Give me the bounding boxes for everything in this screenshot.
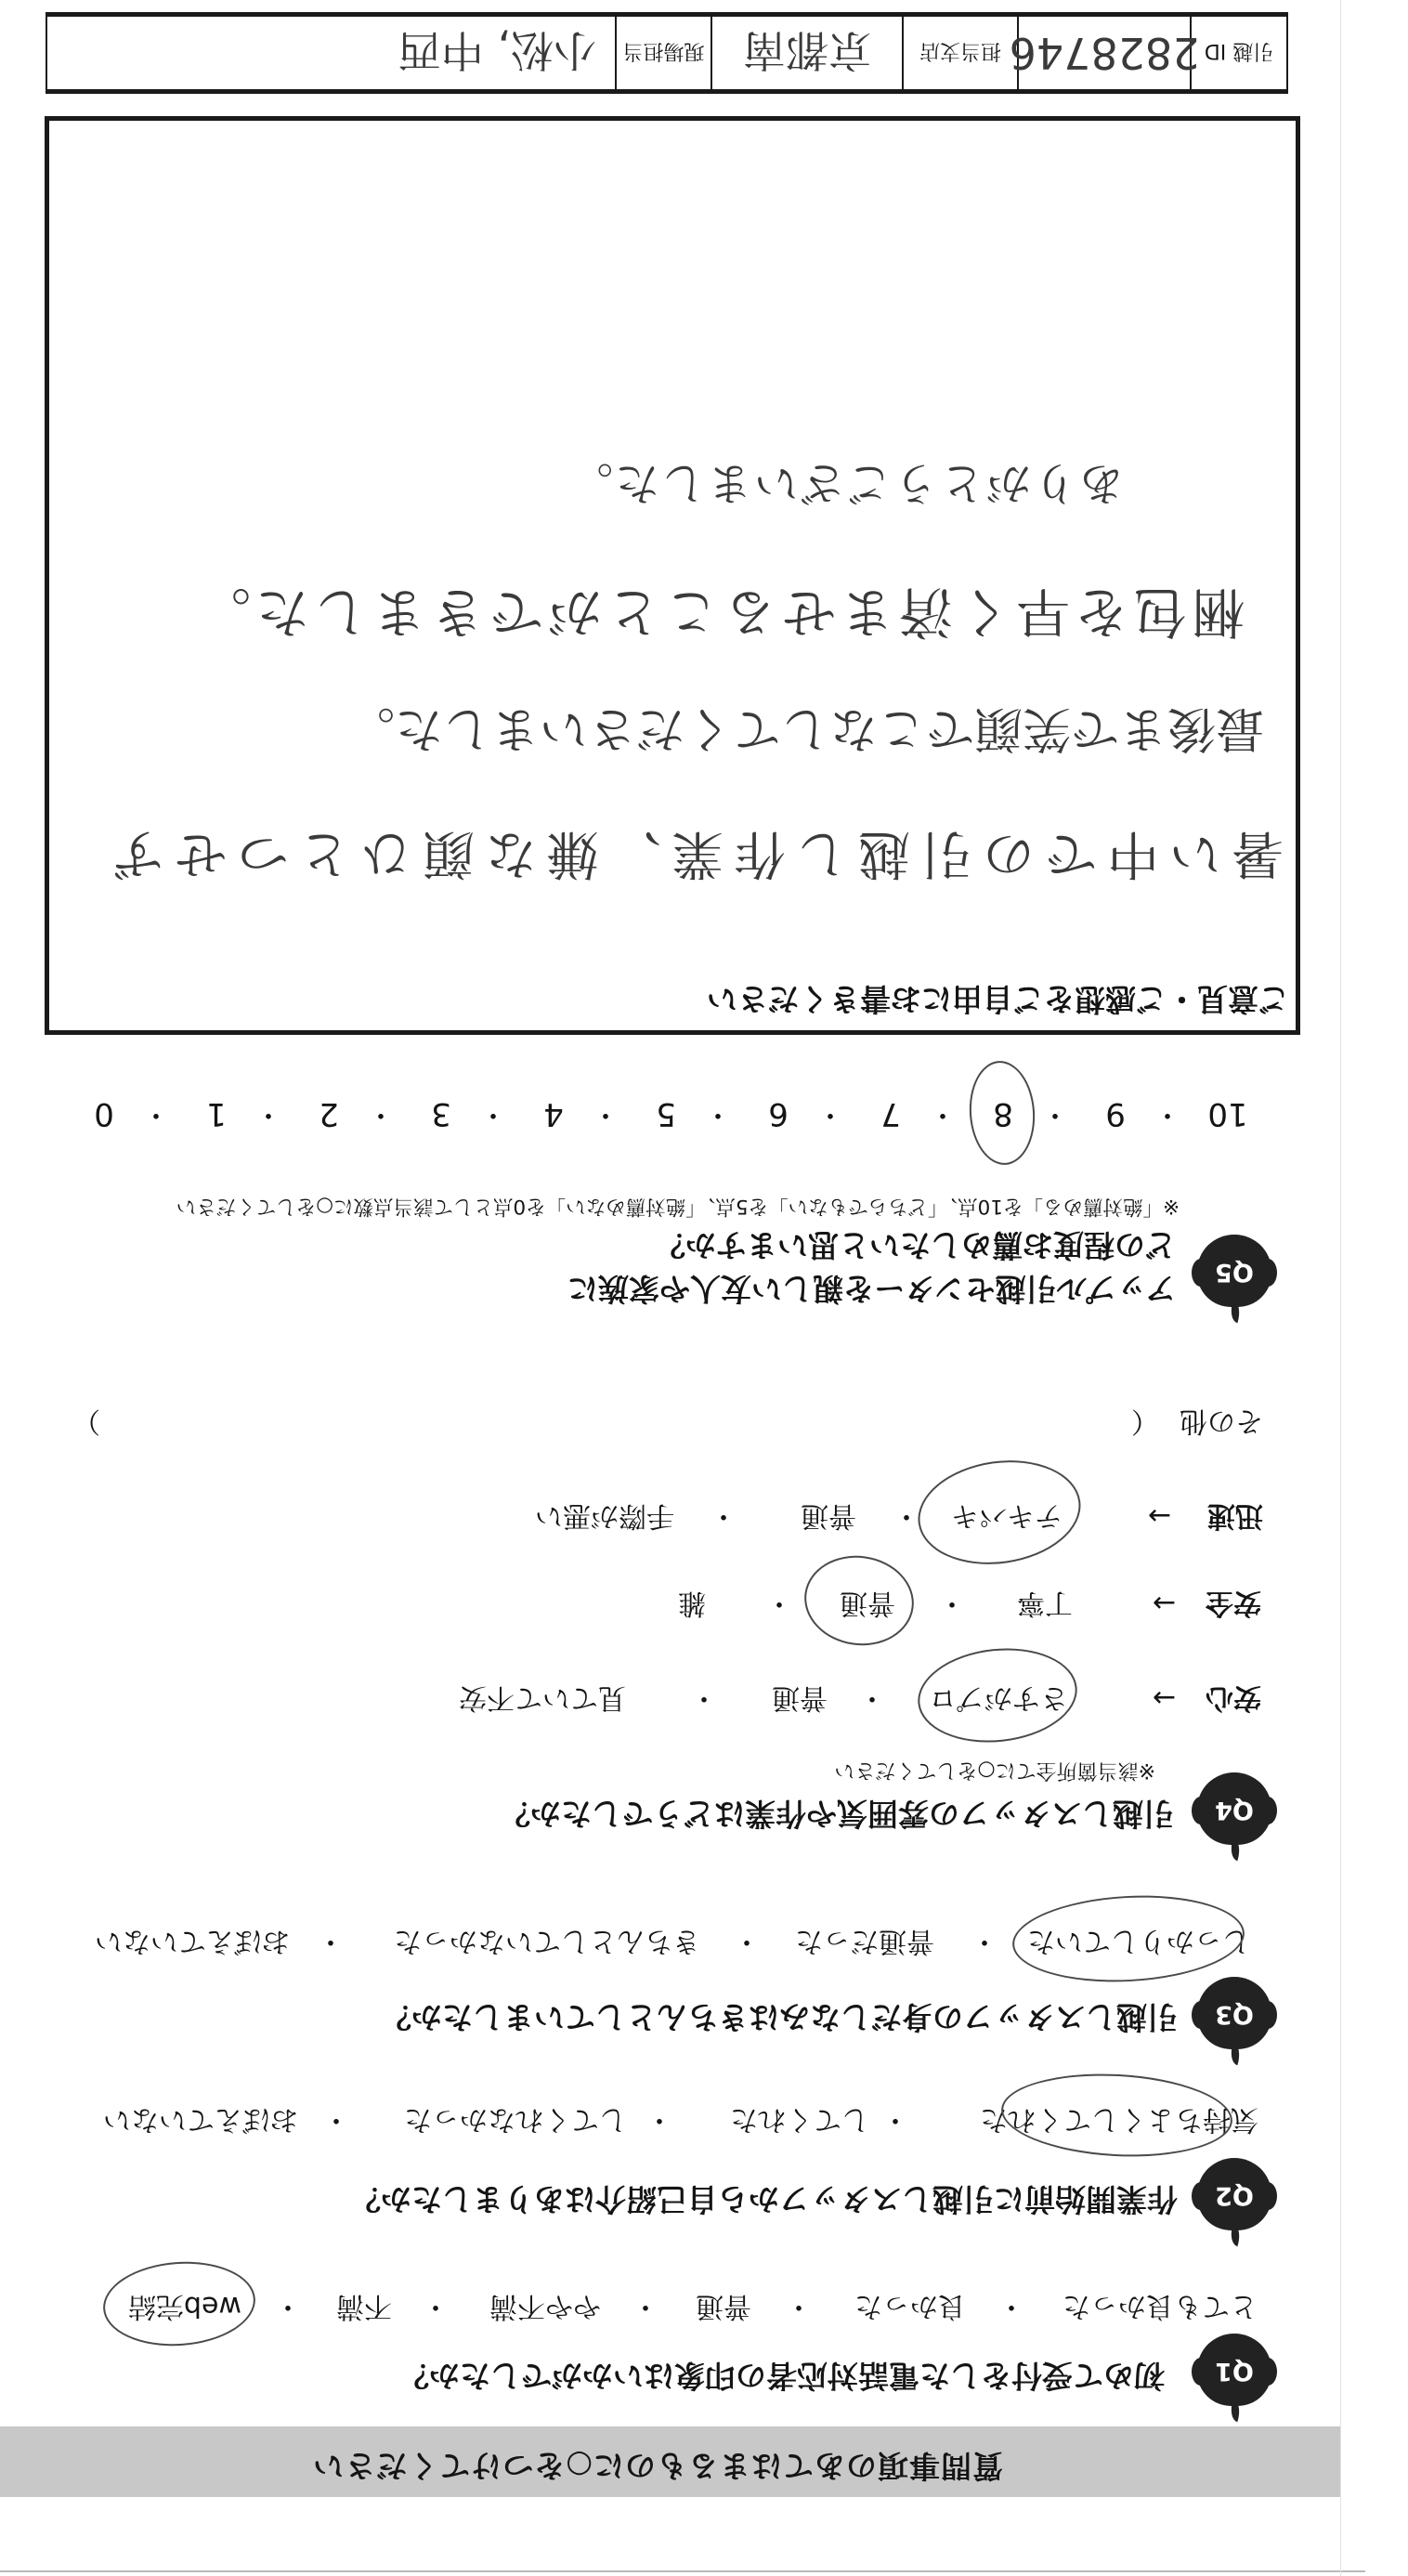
q4-apple-badge-icon: Q4 bbox=[1193, 1771, 1276, 1860]
handwritten-comment-line: 暑い中での引越し作業、嫌な顔ひとつせず bbox=[102, 827, 1284, 879]
scale-value: 7 bbox=[863, 1098, 919, 1130]
separator: ・ bbox=[938, 1100, 957, 1128]
q1-option: 不満 bbox=[336, 2292, 392, 2320]
arrow-right-icon: → bbox=[1153, 1683, 1176, 1711]
q5-apple-badge-icon: Q5 bbox=[1193, 1233, 1276, 1322]
separator: ・ bbox=[151, 1100, 170, 1128]
move-id-value: 2828746 bbox=[1017, 17, 1190, 89]
q4-row-label: 安全 bbox=[1206, 1589, 1261, 1616]
q4-note: ※該当箇所全てに○をしてください bbox=[834, 1759, 1155, 1780]
q4-option: 手際が悪い bbox=[535, 1501, 674, 1529]
separator: ・ bbox=[885, 2105, 909, 2133]
q2-option: してくれた bbox=[730, 2105, 869, 2133]
q4-other-open-paren: （ bbox=[1131, 1406, 1159, 1434]
branch-value: 京都南 bbox=[711, 17, 902, 89]
instruction-text: 質問事項のあてはまるものに○をつけてください bbox=[312, 2451, 1003, 2481]
separator: ・ bbox=[694, 1683, 718, 1711]
move-id-label: 引越 ID bbox=[1190, 17, 1286, 89]
q3-selection-circle bbox=[1010, 1890, 1246, 1988]
q2-option: してくれなかった bbox=[404, 2105, 627, 2133]
card-edge-side bbox=[1340, 0, 1341, 2576]
q2-selection-circle bbox=[999, 2069, 1234, 2163]
separator: ・ bbox=[896, 1501, 920, 1529]
arrow-right-icon: → bbox=[1153, 1589, 1176, 1616]
scale-value: 2 bbox=[301, 1098, 357, 1130]
q3-apple-badge-icon: Q3 bbox=[1193, 1975, 1276, 2064]
q1-option: 良かった bbox=[854, 2292, 966, 2320]
separator: ・ bbox=[1163, 1100, 1181, 1128]
q4-row-label: 迅速 bbox=[1207, 1501, 1263, 1529]
q4-option: 雑 bbox=[678, 1589, 706, 1616]
q4-question: 引越しスタッフの雰囲気や作業はどうでしたか？ bbox=[500, 1798, 1174, 1829]
scale-value: 1 bbox=[189, 1098, 244, 1130]
q5-question-line2: どの程度お薦めしたいと思いますか？ bbox=[655, 1230, 1176, 1261]
q2-question: 作業開始前に引越しスタッフから自己紹介はありましたか？ bbox=[350, 2184, 1178, 2215]
separator: ・ bbox=[649, 2105, 673, 2133]
arrow-right-icon: → bbox=[1148, 1501, 1171, 1529]
handwritten-comment-line: 最後まで笑顔でこなしてくださいました。 bbox=[346, 704, 1264, 752]
q5-label: Q5 bbox=[1193, 1260, 1276, 1285]
separator: ・ bbox=[1001, 2292, 1025, 2320]
separator: ・ bbox=[635, 2292, 659, 2320]
staff-label: 現場担当 bbox=[615, 17, 711, 89]
separator: ・ bbox=[942, 1589, 966, 1616]
card-edge-top bbox=[0, 2570, 1365, 2572]
q5-question-line1: アップル引越センターを親しい友人や家族に bbox=[567, 1274, 1176, 1304]
q3-option: きちんとしていなかった bbox=[394, 1927, 700, 1955]
q1-apple-badge-icon: Q1 bbox=[1193, 2332, 1276, 2421]
comment-box bbox=[45, 116, 1300, 1035]
q4-row-label: 安心 bbox=[1206, 1683, 1261, 1711]
scale-value: 0 bbox=[76, 1098, 132, 1130]
handwritten-comment-line: ありがとうございました。 bbox=[567, 461, 1124, 505]
q4-option: 普通 bbox=[772, 1683, 828, 1711]
q3-label: Q3 bbox=[1193, 2002, 1276, 2027]
separator: ・ bbox=[974, 1927, 998, 1955]
handwritten-comment-line: 梱包を早く済ませることができました。 bbox=[192, 585, 1245, 639]
separator: ・ bbox=[826, 1100, 844, 1128]
scale-value: 4 bbox=[526, 1098, 581, 1130]
q5-note: ※「絶対薦める」を10点、「どちらでもない」を5点、「絶対薦めない」を0点として… bbox=[176, 1196, 1180, 1217]
q4-selection-circle bbox=[913, 1641, 1082, 1749]
q3-option: おぼえていない bbox=[95, 1927, 290, 1955]
q4-selection-circle bbox=[799, 1549, 919, 1652]
q4-option: 丁寧 bbox=[1017, 1589, 1073, 1616]
q2-option: おぼえていない bbox=[103, 2105, 298, 2133]
q4-selection-circle bbox=[911, 1450, 1088, 1574]
q4-option: 見ていて不安 bbox=[459, 1683, 626, 1711]
q1-option: とても良かった bbox=[1063, 2292, 1258, 2320]
q4-option: 普通 bbox=[801, 1501, 856, 1529]
separator: ・ bbox=[425, 2292, 450, 2320]
survey-card-scan: 質問事項のあてはまるものに○をつけてください Q1 初めて受付をした電話対応者の… bbox=[0, 0, 1408, 2576]
separator: ・ bbox=[713, 1100, 732, 1128]
scale-value: 5 bbox=[638, 1098, 694, 1130]
q1-option: やや不満 bbox=[489, 2292, 601, 2320]
q2-label: Q2 bbox=[1193, 2183, 1276, 2208]
comment-heading: ご意見・ご感想をご自由にお書きください bbox=[707, 984, 1289, 1014]
branch-label: 担当支店 bbox=[902, 17, 1017, 89]
q1-selection-circle bbox=[100, 2256, 258, 2350]
separator: ・ bbox=[862, 1683, 886, 1711]
separator: ・ bbox=[1050, 1100, 1069, 1128]
q3-question: 引越しスタッフの身だしなみはきちんとしていましたか？ bbox=[381, 2002, 1178, 2033]
separator: ・ bbox=[264, 1100, 282, 1128]
q2-apple-badge-icon: Q2 bbox=[1193, 2156, 1276, 2245]
separator: ・ bbox=[789, 2292, 813, 2320]
separator: ・ bbox=[601, 1100, 619, 1128]
q5-selection-circle bbox=[966, 1059, 1038, 1168]
q4-label: Q4 bbox=[1193, 1798, 1276, 1823]
scale-value: 10 bbox=[1200, 1098, 1256, 1130]
scale-value: 3 bbox=[413, 1098, 469, 1130]
separator: ・ bbox=[713, 1501, 737, 1529]
q4-other-close-paren: ） bbox=[72, 1406, 100, 1434]
staff-value: 小松, 中西 bbox=[47, 17, 615, 89]
footer-info-table: 引越 ID 2828746 担当支店 京都南 現場担当 小松, 中西 bbox=[46, 12, 1288, 94]
scale-value: 9 bbox=[1088, 1098, 1143, 1130]
separator: ・ bbox=[278, 2292, 302, 2320]
q1-label: Q1 bbox=[1193, 2359, 1276, 2384]
q1-question: 初めて受付をした電話対応者の印象はいかがでしたか？ bbox=[398, 2360, 1165, 2391]
separator: ・ bbox=[769, 1589, 793, 1616]
separator: ・ bbox=[737, 1927, 761, 1955]
separator: ・ bbox=[376, 1100, 395, 1128]
q1-option: 普通 bbox=[696, 2292, 751, 2320]
q3-option: 普通だった bbox=[795, 1927, 934, 1955]
q4-other-label: その他 bbox=[1180, 1406, 1263, 1434]
separator: ・ bbox=[320, 1927, 345, 1955]
separator: ・ bbox=[489, 1100, 507, 1128]
separator: ・ bbox=[326, 2105, 350, 2133]
scale-value: 6 bbox=[750, 1098, 806, 1130]
